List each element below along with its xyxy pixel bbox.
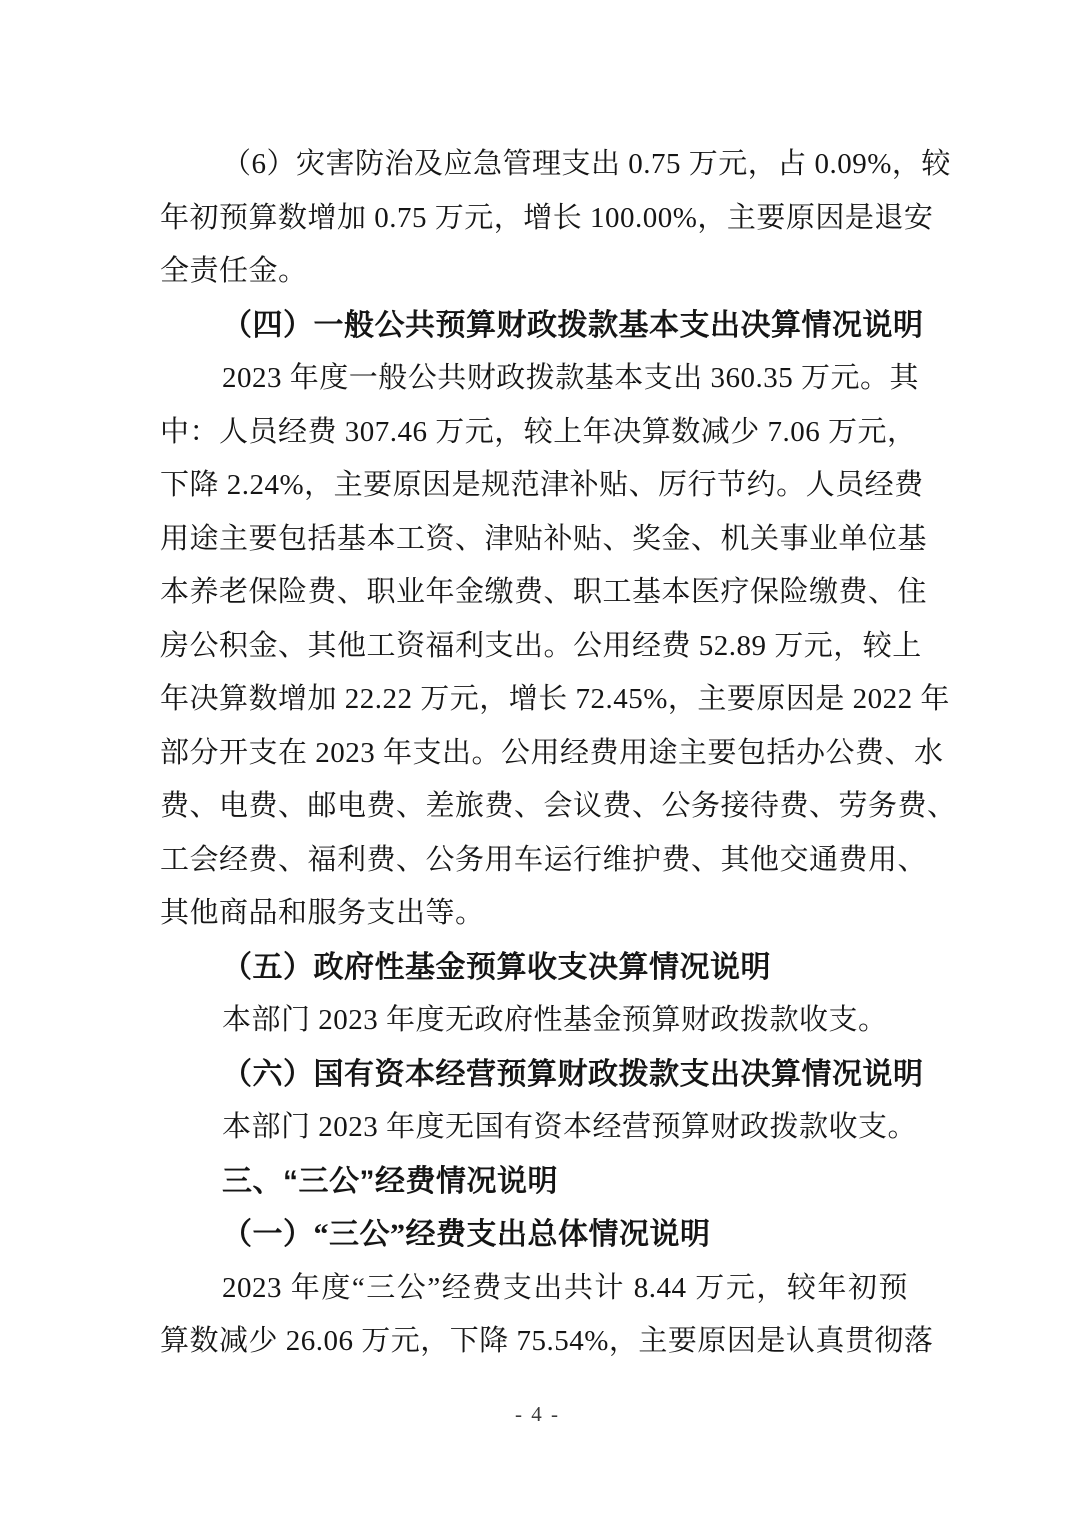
text-line: 年初预算数增加 0.75 万元，增长 100.00%，主要原因是退安 (160, 192, 908, 246)
text-line: 中：人员经费 307.46 万元，较上年决算数减少 7.06 万元， (160, 406, 908, 460)
text-line: （五）政府性基金预算收支决算情况说明 (160, 941, 908, 995)
text-line: 年决算数增加 22.22 万元，增长 72.45%，主要原因是 2022 年 (160, 673, 908, 727)
text-line: 房公积金、其他工资福利支出。公用经费 52.89 万元，较上 (160, 620, 908, 674)
text-line: 其他商品和服务支出等。 (160, 887, 908, 941)
text-line: 2023 年度“三公”经费支出共计 8.44 万元，较年初预 (160, 1262, 908, 1316)
text-line: 工会经费、福利费、公务用车运行维护费、其他交通费用、 (160, 834, 908, 888)
text-line: 本部门 2023 年度无政府性基金预算财政拨款收支。 (160, 994, 908, 1048)
text-line: 三、“三公”经费情况说明 (160, 1155, 908, 1209)
text-line: 算数减少 26.06 万元，下降 75.54%，主要原因是认真贯彻落 (160, 1315, 908, 1369)
text-line: （四）一般公共预算财政拨款基本支出决算情况说明 (160, 299, 908, 353)
text-line: 本养老保险费、职业年金缴费、职工基本医疗保险缴费、住 (160, 566, 908, 620)
text-line: （一）“三公”经费支出总体情况说明 (160, 1208, 908, 1262)
text-line: 全责任金。 (160, 245, 908, 299)
text-line: 2023 年度一般公共财政拨款基本支出 360.35 万元。其 (160, 352, 908, 406)
text-line: 下降 2.24%，主要原因是规范津补贴、厉行节约。人员经费 (160, 459, 908, 513)
text-line: （6）灾害防治及应急管理支出 0.75 万元，占 0.09%，较 (160, 138, 908, 192)
text-line: 用途主要包括基本工资、津贴补贴、奖金、机关事业单位基 (160, 513, 908, 567)
text-line: 本部门 2023 年度无国有资本经营预算财政拨款收支。 (160, 1101, 908, 1155)
text-line: （六）国有资本经营预算财政拨款支出决算情况说明 (160, 1048, 908, 1102)
text-line: 费、电费、邮电费、差旅费、会议费、公务接待费、劳务费、 (160, 780, 908, 834)
document-page: （6）灾害防治及应急管理支出 0.75 万元，占 0.09%，较年初预算数增加 … (0, 0, 1075, 1520)
text-line: 部分开支在 2023 年支出。公用经费用途主要包括办公费、水 (160, 727, 908, 781)
page-number: - 4 - (0, 1402, 1075, 1427)
text-block: （6）灾害防治及应急管理支出 0.75 万元，占 0.09%，较年初预算数增加 … (160, 138, 908, 1369)
